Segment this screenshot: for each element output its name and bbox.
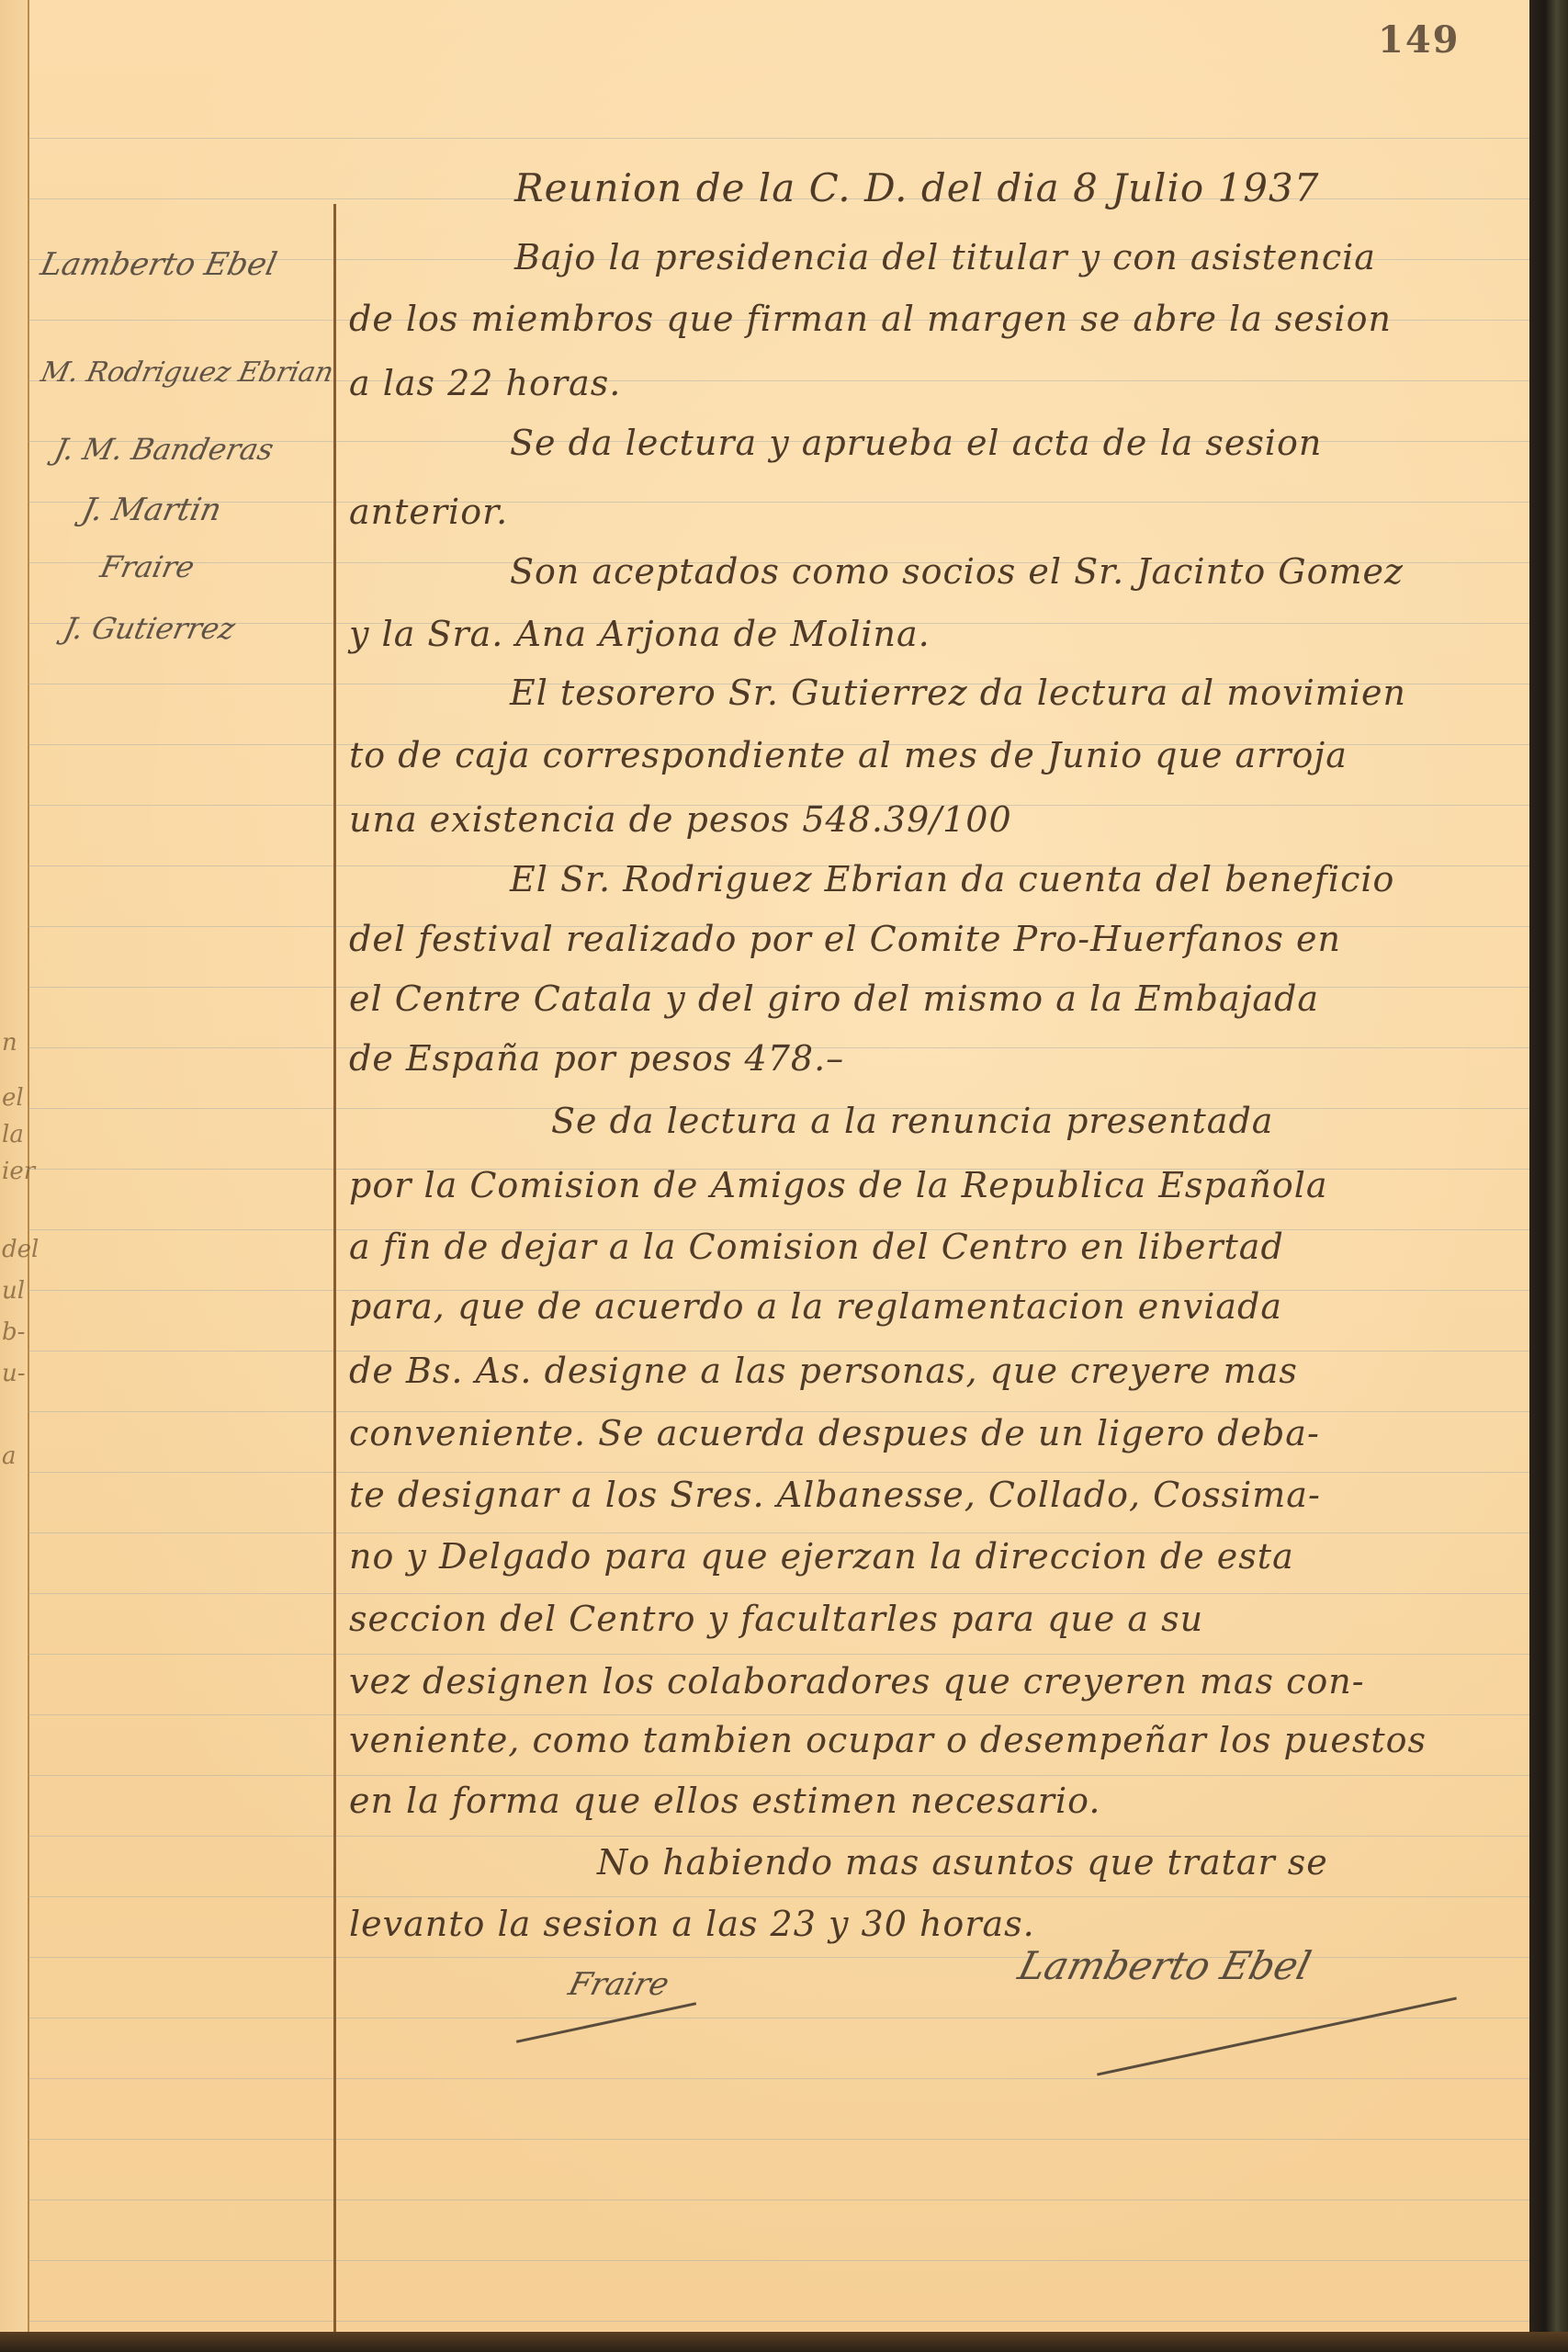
- ruled-line: [28, 1472, 1529, 1473]
- prev-page-fragment: u-: [2, 1360, 26, 1387]
- ledger-page: n el la ier del ul b- u- a 149 Lamber: [0, 0, 1529, 2334]
- minutes-line: del festival realizado por el Comite Pro…: [349, 919, 1341, 959]
- minutes-line: Bajo la presidencia del titular y con as…: [514, 237, 1376, 277]
- minutes-line: anterior.: [349, 492, 508, 532]
- minutes-line: de Bs. As. designe a las personas, que c…: [349, 1351, 1298, 1391]
- previous-page-edge: n el la ier del ul b- u- a: [0, 0, 29, 2334]
- minutes-line: El tesorero Sr. Gutierrez da lectura al …: [510, 673, 1406, 713]
- minutes-line: Se da lectura y aprueba el acta de la se…: [510, 423, 1322, 463]
- minutes-line: vez designen los colaboradores que creye…: [349, 1661, 1365, 1702]
- margin-signature: J. Martin: [79, 492, 225, 528]
- prev-page-fragment: del: [2, 1236, 39, 1263]
- ruled-line: [28, 2139, 1529, 2140]
- minutes-line: No habiendo mas asuntos que tratar se: [597, 1842, 1328, 1883]
- ruled-line: [28, 2321, 1529, 2322]
- ruled-line: [28, 2078, 1529, 2079]
- minutes-line: por la Comision de Amigos de la Republic…: [349, 1165, 1328, 1205]
- minutes-line: a las 22 horas.: [349, 363, 621, 403]
- minutes-line: y la Sra. Ana Arjona de Molina.: [349, 614, 931, 654]
- prev-page-fragment: ul: [2, 1277, 25, 1305]
- ruled-line: [28, 138, 1529, 139]
- ruled-line: [28, 1411, 1529, 1412]
- ruled-line: [28, 502, 1529, 503]
- secretary-signature: Fraire: [565, 1966, 672, 2003]
- minutes-line: to de caja correspondiente al mes de Jun…: [349, 735, 1348, 775]
- president-signature: Lamberto Ebel: [1014, 1943, 1315, 1988]
- ruled-line: [28, 1836, 1529, 1837]
- prev-page-fragment: la: [2, 1121, 24, 1148]
- minutes-line: de los miembros que firman al margen se …: [349, 299, 1392, 339]
- ruled-line: [28, 2018, 1529, 2018]
- prev-page-fragment: el: [2, 1084, 24, 1112]
- minutes-line: Se da lectura a la renuncia presentada: [551, 1101, 1273, 1141]
- minutes-line: para, que de acuerdo a la reglamentacion…: [349, 1286, 1282, 1327]
- minutes-title: Reunion de la C. D. del dia 8 Julio 1937: [514, 165, 1319, 210]
- minutes-line: una existencia de pesos 548.39/100: [349, 799, 1012, 840]
- prev-page-fragment: n: [2, 1029, 17, 1057]
- minutes-line: conveniente. Se acuerda despues de un li…: [349, 1413, 1320, 1453]
- prev-page-fragment: ier: [2, 1158, 35, 1185]
- signature-flourish: [1097, 1996, 1457, 2075]
- minutes-line: Son aceptados como socios el Sr. Jacinto…: [510, 551, 1404, 592]
- minutes-line: de España por pesos 478.–: [349, 1038, 844, 1079]
- ruled-line: [28, 1714, 1529, 1715]
- ruled-line: [28, 2260, 1529, 2261]
- margin-signature: Fraire: [97, 549, 197, 584]
- minutes-line: veniente, como tambien ocupar o desempeñ…: [349, 1720, 1427, 1760]
- minutes-line: El Sr. Rodriguez Ebrian da cuenta del be…: [510, 859, 1394, 899]
- minutes-line: seccion del Centro y facultarles para qu…: [349, 1599, 1203, 1639]
- margin-line: [333, 204, 336, 2334]
- minutes-line: en la forma que ellos estimen necesario.: [349, 1781, 1100, 1821]
- signature-flourish: [516, 2002, 696, 2043]
- margin-signature: Lamberto Ebel: [38, 246, 280, 283]
- minutes-line: el Centre Catala y del giro del mismo a …: [349, 978, 1319, 1019]
- ruled-line: [28, 1593, 1529, 1594]
- page-number: 149: [1378, 18, 1461, 62]
- ruled-line: [28, 1896, 1529, 1897]
- minutes-line: levanto la sesion a las 23 y 30 horas.: [349, 1904, 1035, 1944]
- margin-signature: M. Rodriguez Ebrian: [38, 356, 336, 389]
- margin-signature: J. Gutierrez: [61, 611, 238, 646]
- ruled-line: [28, 1532, 1529, 1533]
- prev-page-fragment: a: [2, 1442, 17, 1470]
- minutes-line: te designar a los Sres. Albanesse, Colla…: [349, 1475, 1321, 1515]
- book-binding: [1529, 0, 1568, 2352]
- ruled-line: [28, 1654, 1529, 1655]
- prev-page-fragment: b-: [2, 1318, 25, 1346]
- margin-signature: J. M. Banderas: [51, 432, 276, 467]
- ruled-line: [28, 2199, 1529, 2200]
- minutes-line: no y Delgado para que ejerzan la direcci…: [349, 1536, 1294, 1577]
- book-bottom-edge: [0, 2332, 1568, 2352]
- minutes-line: a fin de dejar a la Comision del Centro …: [349, 1227, 1284, 1267]
- ruled-line: [28, 1775, 1529, 1776]
